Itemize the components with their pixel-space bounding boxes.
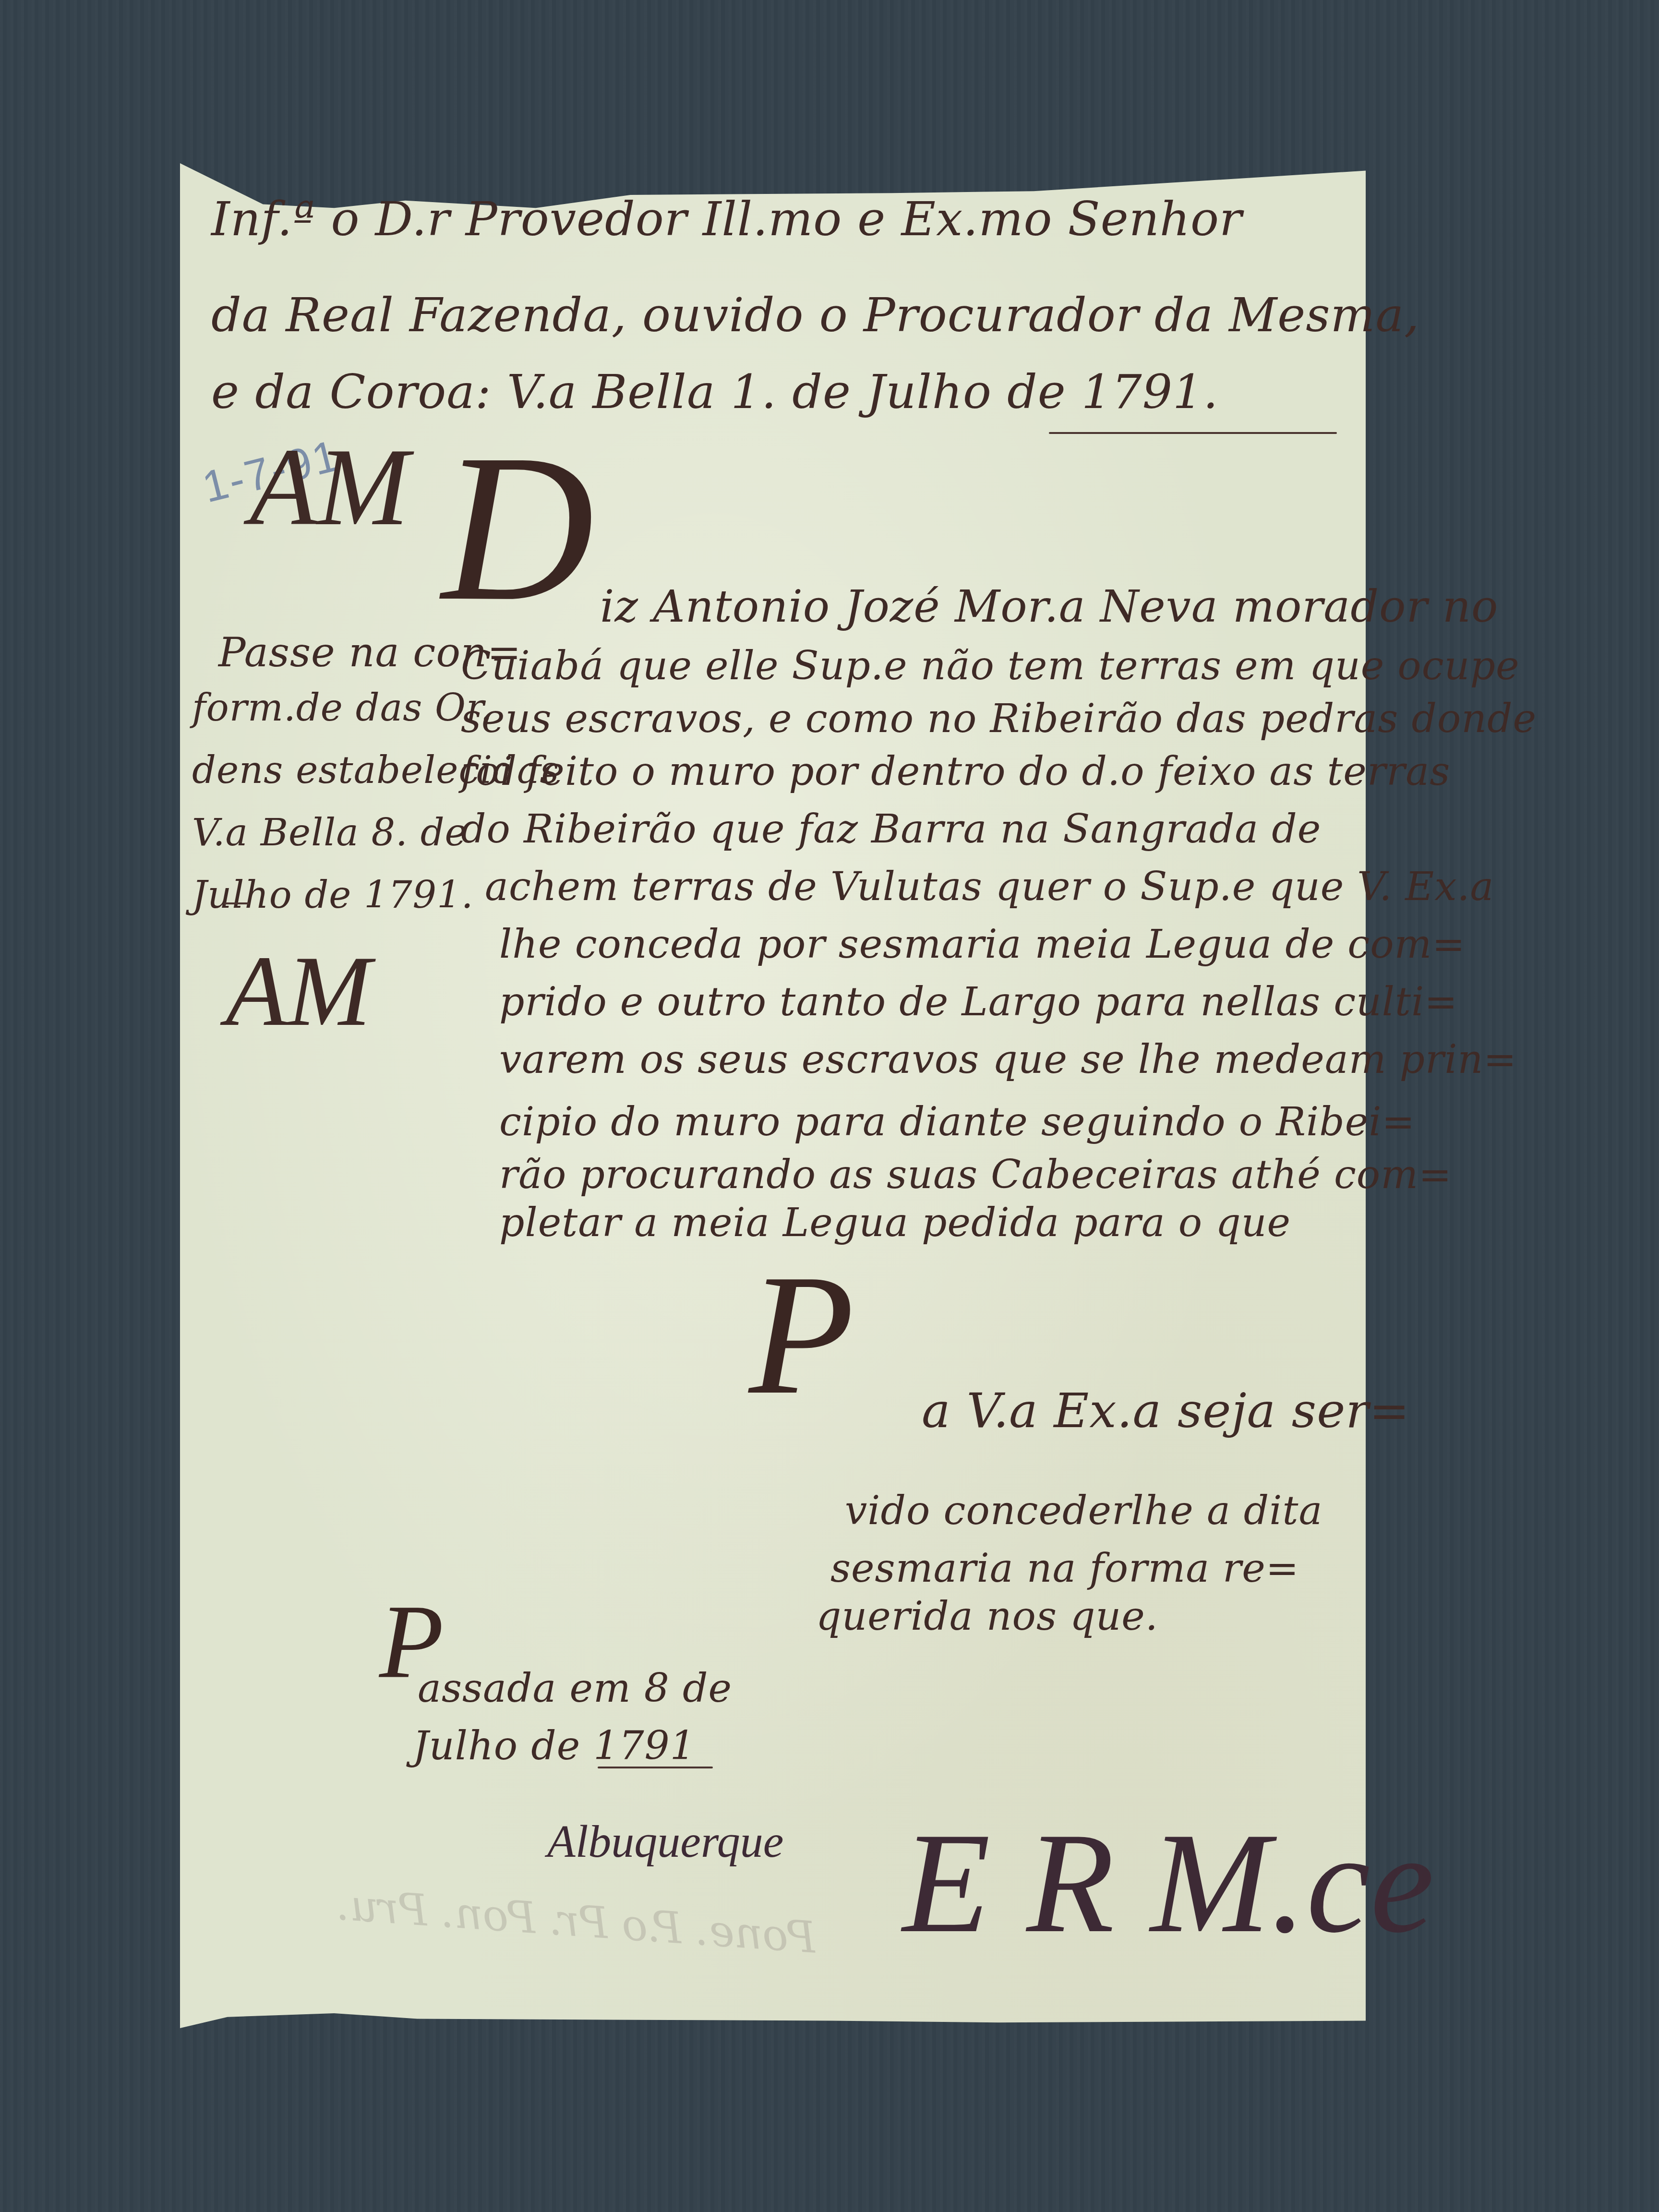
closing-line-2: vido concederlhe a dita (845, 1488, 1322, 1534)
petition-line-12: pletar a meia Legua pedida para o que (499, 1200, 1291, 1246)
header-line-3: e da Coroa: V.a Bella 1. de Julho de 179… (211, 365, 1219, 420)
closing-line-4: querida nos que. (816, 1594, 1158, 1639)
petition-line-5: do Ribeirão que faz Barra na Sangrada de (461, 806, 1321, 852)
registry-line-2: Julho de 1791 (413, 1723, 696, 1769)
petition-line-10: cipio do muro para diante seguindo o Rib… (499, 1099, 1415, 1145)
clerk-signature: Albuquerque (547, 1815, 783, 1868)
petition-line-9: varem os seus escravos que se lhe medeam… (499, 1037, 1517, 1082)
petition-line-6: achem terras de Vulutas quer o Sup.e que… (485, 864, 1494, 910)
margin-order-line-2: form.de das Or. (192, 686, 493, 730)
margin-order-line-5: Julho de 1791. (192, 874, 474, 917)
petition-line-11: rão procurando as suas Cabeceiras athé c… (499, 1152, 1452, 1198)
petition-line-7: lhe conceda por sesmaria meia Legua de c… (499, 922, 1466, 967)
petition-line-1: iz Antonio Jozé Mor.a Neva morador no (600, 581, 1498, 632)
margin-order-line-4: V.a Bella 8. de (192, 811, 468, 854)
petition-initial: D (442, 422, 594, 634)
registry-line-1: assada em 8 de (418, 1666, 732, 1711)
header-line-2: da Real Fazenda, ouvido o Procurador da … (211, 288, 1419, 343)
closing-line-3: sesmaria na forma re= (830, 1546, 1299, 1591)
petition-line-8: prido e outro tanto de Largo para nellas… (499, 979, 1458, 1025)
header-rubric: AM (250, 432, 409, 542)
closing-line-1: a V.a Ex.a seja ser= (922, 1382, 1410, 1439)
registry-date-underline (598, 1767, 713, 1768)
petition-line-2: Cuiabá que elle Sup.e não tem terras em … (461, 643, 1519, 689)
closing-initial: P (749, 1248, 854, 1421)
header-date-underline (1049, 432, 1337, 434)
margin-rubric: AM (226, 941, 371, 1042)
petition-line-3: seus escravos, e como no Ribeirão das pe… (461, 696, 1537, 742)
header-line-1: Inf.ª o D.r Provedor Ill.mo e Ex.mo Senh… (211, 192, 1242, 247)
petition-line-4: foi feito o muro por dentro do d.o feixo… (461, 749, 1450, 794)
final-mark: E R M.ce (902, 1800, 1434, 1966)
margin-date-underline (223, 902, 250, 904)
